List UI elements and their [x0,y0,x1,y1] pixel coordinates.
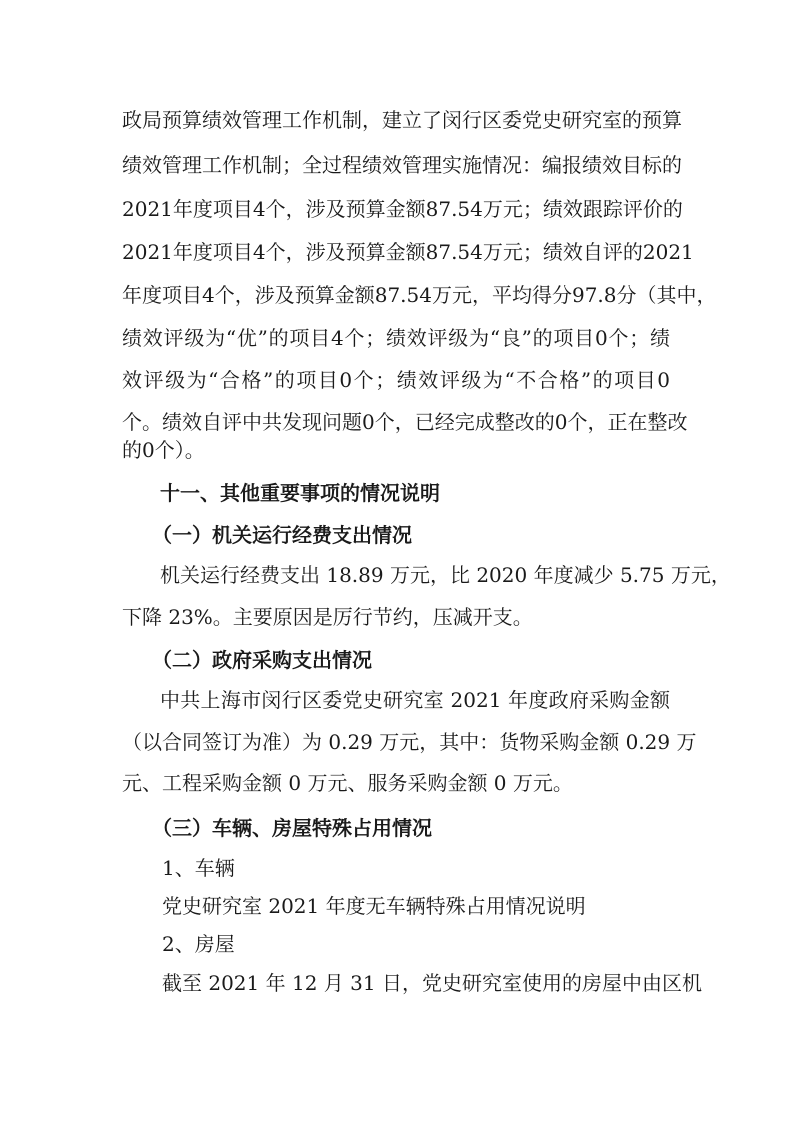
paragraph-line: 绩效管理工作机制；全过程绩效管理实施情况：编报绩效目标的 [122,153,670,177]
list-item-label: 2、房屋 [162,932,235,956]
paragraph-line: （以合同签订为准）为 0.29 万元，其中：货物采购金额 0.29 万 [122,730,670,754]
subsection-heading: （一）机关运行经费支出情况 [152,523,412,547]
list-item-text: 截至 2021 年 12 月 31 日，党史研究室使用的房屋中由区机 [162,971,670,995]
paragraph-line: 中共上海市闵行区委党史研究室 2021 年度政府采购金额 [160,688,670,712]
paragraph-line: 下降 23%。主要原因是厉行节约，压减开支。 [122,605,533,629]
paragraph-line: 年度项目4个，涉及预算金额87.54万元，平均得分97.8分（其中， [122,283,670,307]
section-heading: 十一、其他重要事项的情况说明 [160,481,440,505]
paragraph-line: 绩效评级为“优”的项目4个；绩效评级为“良”的项目0个；绩 [122,326,670,350]
paragraph-line: 机关运行经费支出 18.89 万元，比 2020 年度减少 5.75 万元， [160,563,670,587]
paragraph-line: 政局预算绩效管理工作机制，建立了闵行区委党史研究室的预算 [122,108,670,132]
paragraph-line: 的0个）。 [122,438,205,462]
paragraph-line: 个。绩效自评中共发现问题0个，已经完成整改的0个，正在整改 [122,410,670,434]
list-item-label: 1、车辆 [162,856,235,880]
paragraph-line: 效评级为“合格”的项目0个；绩效评级为“不合格”的项目0 [122,368,670,392]
paragraph-line: 元、工程采购金额 0 万元、服务采购金额 0 万元。 [122,771,573,795]
document-page: 政局预算绩效管理工作机制，建立了闵行区委党史研究室的预算 绩效管理工作机制；全过… [0,0,793,1122]
subsection-heading: （三）车辆、房屋特殊占用情况 [152,816,432,840]
list-item-text: 党史研究室 2021 年度无车辆特殊占用情况说明 [162,894,586,918]
subsection-heading: （二）政府采购支出情况 [152,648,372,672]
paragraph-line: 2021年度项目4个，涉及预算金额87.54万元；绩效跟踪评价的 [122,197,670,221]
paragraph-line: 2021年度项目4个，涉及预算金额87.54万元；绩效自评的2021 [122,240,670,264]
